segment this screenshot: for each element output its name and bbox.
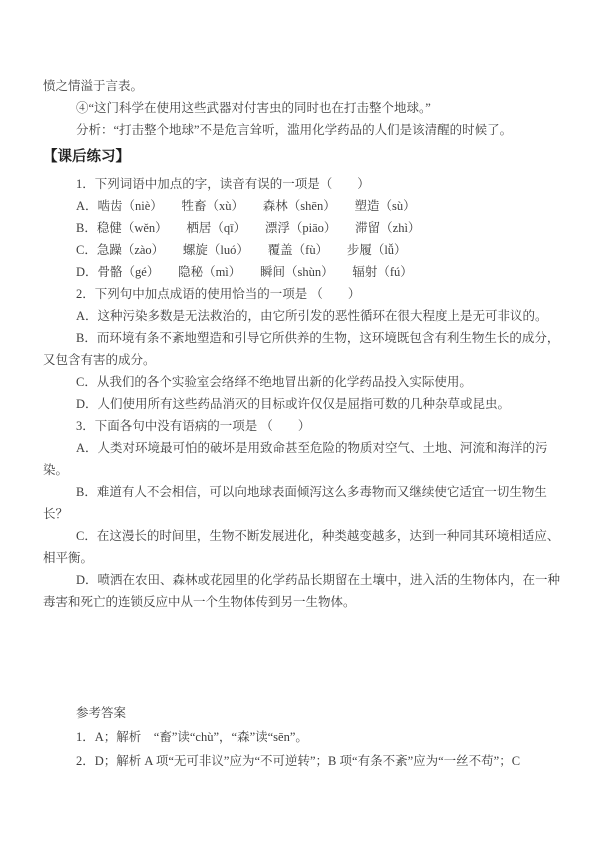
question-2-stem: 2．下列句中加点成语的使用恰当的一项是 （ ） bbox=[43, 283, 557, 305]
question-2-option-d: D．人们使用所有这些药品消灭的目标或许仅仅是屈指可数的几种杂草或昆虫。 bbox=[43, 393, 557, 415]
question-3-option-b-continued: 长？ bbox=[43, 503, 557, 525]
question-3-option-a: A．人类对环境最可怕的破坏是用致命甚至危险的物质对空气、土地、河流和海洋的污 bbox=[43, 437, 557, 459]
question-3-option-c: C．在这漫长的时间里，生物不断发展进化，种类越变越多，达到一种同其环境相适应、 bbox=[43, 525, 557, 547]
question-1-option-a: A．啮齿（niè） 牲畜（xù） 森林（shēn） 塑造（sù） bbox=[43, 195, 557, 217]
answers-section: 参考答案 1．A；解析 “畜”读“chù”，“森”读“sēn”。 2．D；解析 … bbox=[43, 701, 557, 773]
example-quote-line: ④“这门科学在使用这些武器对付害虫的同时也在打击整个地球。” bbox=[43, 97, 557, 119]
carryover-line: 愤之情溢于言表。 bbox=[43, 75, 557, 97]
question-2-option-a: A．这种污染多数是无法救治的，由它所引发的恶性循环在很大程度上是无可非议的。 bbox=[43, 305, 557, 327]
question-3-stem: 3．下面各句中没有语病的一项是 （ ） bbox=[43, 415, 557, 437]
question-1-stem: 1．下列词语中加点的字，读音有误的一项是（ ） bbox=[43, 173, 557, 195]
question-2-option-b: B．而环境有条不紊地塑造和引导它所供养的生物，这环境既包含有利生物生长的成分， bbox=[43, 327, 557, 349]
answer-line-1: 1．A；解析 “畜”读“chù”，“森”读“sēn”。 bbox=[43, 725, 557, 749]
question-1-option-d: D．骨骼（gé） 隐秘（mì） 瞬间（shùn） 辐射（fú） bbox=[43, 261, 557, 283]
example-analysis-line: 分析：“打击整个地球”不是危言耸听，滥用化学药品的人们是该清醒的时候了。 bbox=[43, 119, 557, 141]
question-2-option-b-continued: 又包含有害的成分。 bbox=[43, 349, 557, 371]
document-page: 愤之情溢于言表。 ④“这门科学在使用这些武器对付害虫的同时也在打击整个地球。” … bbox=[0, 0, 595, 841]
question-3-option-a-continued: 染。 bbox=[43, 459, 557, 481]
question-3-option-b: B．难道有人不会相信，可以向地球表面倾泻这么多毒物而又继续使它适宜一切生物生 bbox=[43, 481, 557, 503]
question-3-option-d: D．喷洒在农田、森林或花园里的化学药品长期留在土壤中，进入活的生物体内，在一种 bbox=[43, 569, 557, 591]
answers-heading: 参考答案 bbox=[43, 701, 557, 725]
question-1-option-b: B．稳健（wěn） 栖居（qī） 漂浮（piāo） 滞留（zhì） bbox=[43, 217, 557, 239]
question-1-option-c: C．急躁（zào） 螺旋（luó） 覆盖（fù） 步履（lǚ） bbox=[43, 239, 557, 261]
question-3-option-c-continued: 相平衡。 bbox=[43, 547, 557, 569]
question-2-option-c: C．从我们的各个实验室会络绎不绝地冒出新的化学药品投入实际使用。 bbox=[43, 371, 557, 393]
section-heading-exercise: 【课后练习】 bbox=[43, 141, 557, 173]
question-3-option-d-continued: 毒害和死亡的连锁反应中从一个生物体传到另一生物体。 bbox=[43, 591, 557, 613]
answer-line-2: 2．D；解析 A 项“无可非议”应为“不可逆转”；B 项“有条不紊”应为“一丝不… bbox=[43, 749, 557, 773]
